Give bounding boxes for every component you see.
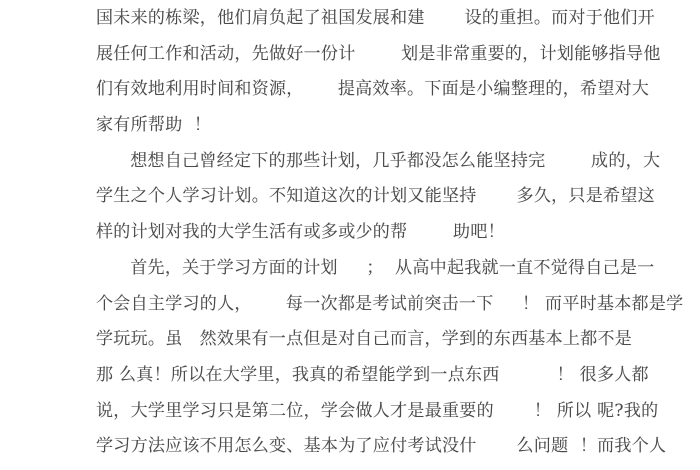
text-line: 们有效地利用时间和资源， 提高效率。下面是小编整理的，希望对大 (96, 72, 636, 108)
document-page: 国未来的栋梁，他们肩负起了祖国发展和建 设的重担。而对于他们开 展任何工作和活动… (0, 0, 700, 470)
text-line: 家有所帮助 ！ (96, 108, 636, 144)
text-line: 个会自主学习的人， 每一次都是考试前突击一下 ！ 而平时基本都是学 (96, 287, 636, 323)
text-line: 那 么真！所以在大学里，我真的希望能学到一点东西 ！ 很多人都 (96, 358, 636, 394)
document-text-block: 国未来的栋梁，他们肩负起了祖国发展和建 设的重担。而对于他们开 展任何工作和活动… (96, 1, 636, 465)
text-line: 想想自己曾经定下的那些计划，几乎都没怎么能坚持完 成的，大 (96, 144, 636, 180)
text-line: 展任何工作和活动，先做好一份计 划是非常重要的，计划能够指导他 (96, 37, 636, 73)
text-line: 说，大学里学习只是第二位，学会做人才是最重要的 ！ 所以 呢?我的 (96, 394, 636, 430)
text-line: 样的计划对我的大学生活有或多或少的帮 助吧！ (96, 215, 636, 251)
text-line: 学生之个人学习计划。不知道这次的计划又能坚持 多久，只是希望这 (96, 179, 636, 215)
text-line: 学习方法应该不用怎么变、基本为了应付考试没什 么问题 ！而我个人 (96, 429, 636, 465)
text-line: 国未来的栋梁，他们肩负起了祖国发展和建 设的重担。而对于他们开 (96, 1, 636, 37)
text-line: 首先，关于学习方面的计划 ； 从高中起我就一直不觉得自己是一 (96, 251, 636, 287)
text-line: 学玩玩。虽 然效果有一点但是对自己而言，学到的东西基本上都不是 (96, 322, 636, 358)
